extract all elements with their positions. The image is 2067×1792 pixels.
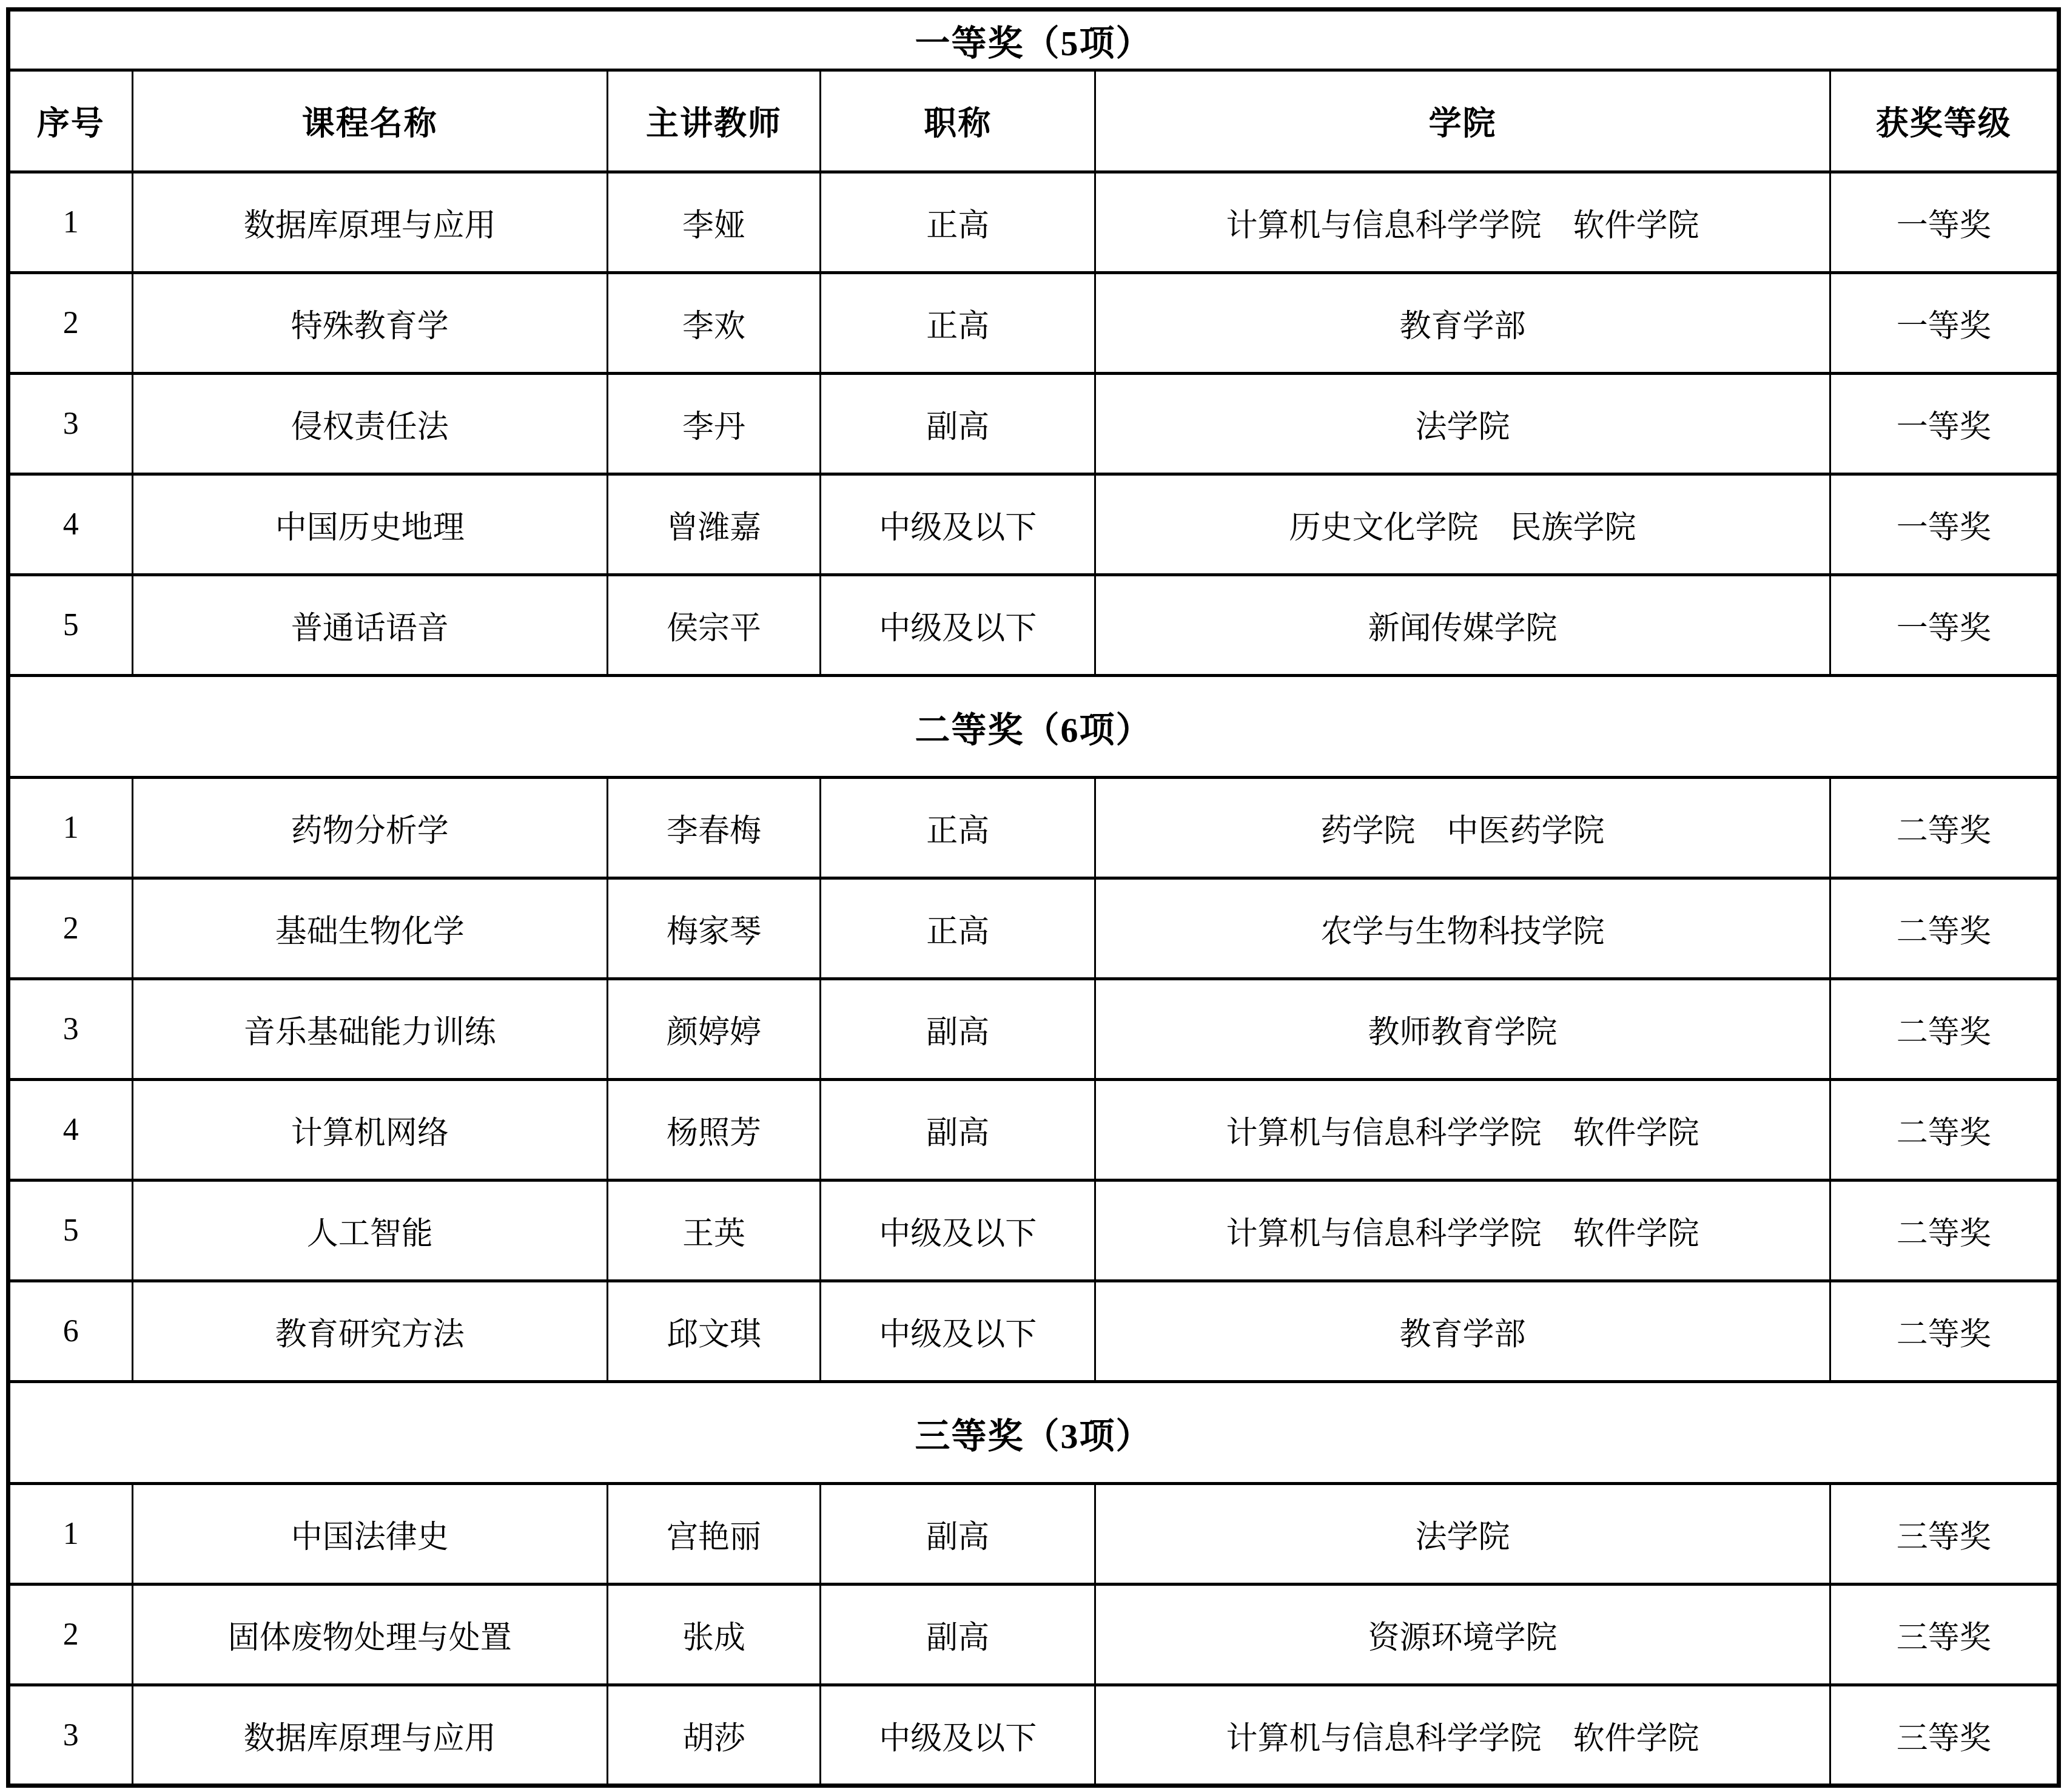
cell-college: 新闻传媒学院	[1095, 575, 1830, 676]
cell-index: 3	[8, 979, 133, 1080]
cell-course: 数据库原理与应用	[132, 172, 607, 273]
cell-award: 二等奖	[1830, 1281, 2059, 1382]
table-row: 5普通话语音侯宗平中级及以下新闻传媒学院一等奖	[8, 575, 2059, 676]
cell-college: 计算机与信息科学学院 软件学院	[1095, 1181, 1830, 1281]
cell-college: 法学院	[1095, 1484, 1830, 1585]
header-course: 课程名称	[132, 70, 607, 172]
cell-college: 教育学部	[1095, 273, 1830, 374]
cell-rank: 中级及以下	[821, 1181, 1095, 1281]
table-row: 1中国法律史宫艳丽副高法学院三等奖	[8, 1484, 2059, 1585]
table-row: 3音乐基础能力训练颜婷婷副高教师教育学院二等奖	[8, 979, 2059, 1080]
table-row: 6教育研究方法邱文琪中级及以下教育学部二等奖	[8, 1281, 2059, 1382]
cell-teacher: 杨照芳	[607, 1080, 820, 1181]
cell-award: 一等奖	[1830, 575, 2059, 676]
table-row: 2固体废物处理与处置张成副高资源环境学院三等奖	[8, 1585, 2059, 1685]
cell-rank: 中级及以下	[821, 1685, 1095, 1786]
cell-teacher: 侯宗平	[607, 575, 820, 676]
cell-teacher: 颜婷婷	[607, 979, 820, 1080]
table-row: 3数据库原理与应用胡莎中级及以下计算机与信息科学学院 软件学院三等奖	[8, 1685, 2059, 1786]
cell-award: 二等奖	[1830, 878, 2059, 979]
cell-teacher: 张成	[607, 1585, 820, 1685]
cell-course: 药物分析学	[132, 778, 607, 878]
cell-college: 教育学部	[1095, 1281, 1830, 1382]
cell-rank: 副高	[821, 979, 1095, 1080]
table-row: 2基础生物化学梅家琴正高农学与生物科技学院二等奖	[8, 878, 2059, 979]
cell-rank: 副高	[821, 1484, 1095, 1585]
cell-award: 二等奖	[1830, 778, 2059, 878]
cell-teacher: 宫艳丽	[607, 1484, 820, 1585]
cell-course: 教育研究方法	[132, 1281, 607, 1382]
section-row: 三等奖（3项）	[8, 1382, 2059, 1484]
section-title: 一等奖（5项）	[8, 10, 2059, 70]
cell-college: 农学与生物科技学院	[1095, 878, 1830, 979]
cell-award: 三等奖	[1830, 1685, 2059, 1786]
cell-course: 特殊教育学	[132, 273, 607, 374]
cell-teacher: 胡莎	[607, 1685, 820, 1786]
cell-award: 一等奖	[1830, 172, 2059, 273]
cell-award: 一等奖	[1830, 474, 2059, 575]
cell-course: 中国法律史	[132, 1484, 607, 1585]
cell-award: 三等奖	[1830, 1585, 2059, 1685]
header-rank: 职称	[821, 70, 1095, 172]
section-title: 三等奖（3项）	[8, 1382, 2059, 1484]
cell-index: 2	[8, 1585, 133, 1685]
cell-teacher: 梅家琴	[607, 878, 820, 979]
cell-rank: 正高	[821, 273, 1095, 374]
cell-course: 基础生物化学	[132, 878, 607, 979]
table-row: 4中国历史地理曾潍嘉中级及以下历史文化学院 民族学院一等奖	[8, 474, 2059, 575]
header-row: 序号课程名称主讲教师职称学院获奖等级	[8, 70, 2059, 172]
cell-teacher: 李欢	[607, 273, 820, 374]
cell-college: 资源环境学院	[1095, 1585, 1830, 1685]
cell-teacher: 曾潍嘉	[607, 474, 820, 575]
cell-award: 二等奖	[1830, 1080, 2059, 1181]
cell-course: 普通话语音	[132, 575, 607, 676]
awards-table: 一等奖（5项）序号课程名称主讲教师职称学院获奖等级1数据库原理与应用李娅正高计算…	[6, 7, 2061, 1788]
table-row: 4计算机网络杨照芳副高计算机与信息科学学院 软件学院二等奖	[8, 1080, 2059, 1181]
table-row: 1药物分析学李春梅正高药学院 中医药学院二等奖	[8, 778, 2059, 878]
cell-teacher: 李丹	[607, 374, 820, 474]
header-college: 学院	[1095, 70, 1830, 172]
cell-index: 6	[8, 1281, 133, 1382]
cell-rank: 正高	[821, 172, 1095, 273]
cell-teacher: 邱文琪	[607, 1281, 820, 1382]
cell-index: 3	[8, 374, 133, 474]
section-row: 二等奖（6项）	[8, 676, 2059, 778]
cell-college: 法学院	[1095, 374, 1830, 474]
cell-college: 计算机与信息科学学院 软件学院	[1095, 1685, 1830, 1786]
cell-index: 4	[8, 474, 133, 575]
cell-rank: 副高	[821, 1585, 1095, 1685]
cell-award: 二等奖	[1830, 979, 2059, 1080]
cell-award: 一等奖	[1830, 374, 2059, 474]
header-teacher: 主讲教师	[607, 70, 820, 172]
cell-index: 3	[8, 1685, 133, 1786]
cell-index: 2	[8, 878, 133, 979]
cell-rank: 副高	[821, 374, 1095, 474]
cell-teacher: 王英	[607, 1181, 820, 1281]
cell-award: 三等奖	[1830, 1484, 2059, 1585]
table-row: 1数据库原理与应用李娅正高计算机与信息科学学院 软件学院一等奖	[8, 172, 2059, 273]
cell-rank: 中级及以下	[821, 575, 1095, 676]
awards-table-body: 一等奖（5项）序号课程名称主讲教师职称学院获奖等级1数据库原理与应用李娅正高计算…	[8, 10, 2059, 1786]
header-index: 序号	[8, 70, 133, 172]
cell-index: 1	[8, 1484, 133, 1585]
cell-course: 音乐基础能力训练	[132, 979, 607, 1080]
cell-index: 2	[8, 273, 133, 374]
cell-award: 二等奖	[1830, 1181, 2059, 1281]
cell-index: 1	[8, 778, 133, 878]
cell-teacher: 李春梅	[607, 778, 820, 878]
cell-course: 中国历史地理	[132, 474, 607, 575]
cell-college: 教师教育学院	[1095, 979, 1830, 1080]
cell-index: 4	[8, 1080, 133, 1181]
cell-teacher: 李娅	[607, 172, 820, 273]
cell-rank: 中级及以下	[821, 474, 1095, 575]
cell-rank: 中级及以下	[821, 1281, 1095, 1382]
cell-award: 一等奖	[1830, 273, 2059, 374]
section-title: 二等奖（6项）	[8, 676, 2059, 778]
cell-rank: 正高	[821, 878, 1095, 979]
section-row: 一等奖（5项）	[8, 10, 2059, 70]
cell-index: 5	[8, 575, 133, 676]
cell-college: 计算机与信息科学学院 软件学院	[1095, 1080, 1830, 1181]
cell-course: 固体废物处理与处置	[132, 1585, 607, 1685]
cell-college: 药学院 中医药学院	[1095, 778, 1830, 878]
table-row: 5人工智能王英中级及以下计算机与信息科学学院 软件学院二等奖	[8, 1181, 2059, 1281]
cell-index: 5	[8, 1181, 133, 1281]
cell-course: 计算机网络	[132, 1080, 607, 1181]
table-row: 3侵权责任法李丹副高法学院一等奖	[8, 374, 2059, 474]
cell-course: 数据库原理与应用	[132, 1685, 607, 1786]
cell-index: 1	[8, 172, 133, 273]
header-award: 获奖等级	[1830, 70, 2059, 172]
table-row: 2特殊教育学李欢正高教育学部一等奖	[8, 273, 2059, 374]
cell-college: 历史文化学院 民族学院	[1095, 474, 1830, 575]
cell-rank: 正高	[821, 778, 1095, 878]
cell-rank: 副高	[821, 1080, 1095, 1181]
cell-college: 计算机与信息科学学院 软件学院	[1095, 172, 1830, 273]
cell-course: 人工智能	[132, 1181, 607, 1281]
cell-course: 侵权责任法	[132, 374, 607, 474]
